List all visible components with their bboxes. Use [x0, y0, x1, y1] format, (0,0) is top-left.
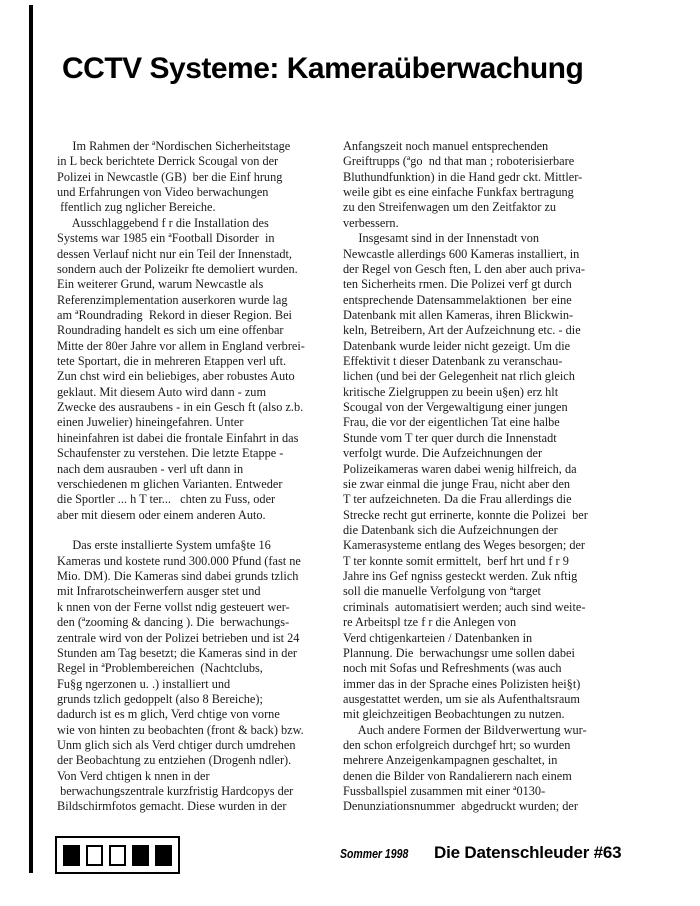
registration-marks-box [55, 836, 180, 874]
registration-mark-filled [155, 845, 172, 866]
text-line: Ausschlaggebend f r die Installation des [57, 216, 347, 231]
text-line: Ein weiterer Grund, warum Newcastle als [57, 277, 347, 292]
text-line: verfolgt wurde. Die Aufzeichnungen der [343, 446, 633, 461]
text-line: Bluthundfunktion) in die Hand gedr ckt. … [343, 170, 633, 185]
text-line: berwachungszentrale kurzfristig Hardcopy… [57, 784, 347, 799]
text-line: ffentlich zug nglicher Bereiche. [57, 200, 347, 215]
text-line: Zun chst wird ein beliebiges, aber robus… [57, 369, 347, 384]
text-line: der Regel von Gesch ften, L den aber auc… [343, 262, 633, 277]
text-line: verbessern. [343, 216, 633, 231]
text-line: zu den Streifenwagen um den Zeitfaktor z… [343, 200, 633, 215]
text-line: die Datenbank sich die Aufzeichnungen de… [343, 523, 633, 538]
text-line: in L beck berichtete Derrick Scougal von… [57, 154, 347, 169]
text-line: den schon erfolgreich durchgef hrt; so w… [343, 738, 633, 753]
article-column-left: Im Rahmen der ªNordischen Sicherheitstag… [57, 139, 347, 815]
text-line: verschiedenen m glichen Varianten. Entwe… [57, 477, 347, 492]
text-line: grunds tzlich gedoppelt (also 8 Bereiche… [57, 692, 347, 707]
text-line: criminals automatisiert werden; auch sin… [343, 600, 633, 615]
text-line: Systems war 1985 ein ªFootball Disorder … [57, 231, 347, 246]
text-line: mit Infrarotscheinwerfern ausger stet un… [57, 584, 347, 599]
text-line: Polizei in Newcastle (GB) ber die Einf h… [57, 170, 347, 185]
text-line: Kamerasysteme entlang des Weges besorgen… [343, 538, 633, 553]
text-line: weile gibt es eine einfache Funkfax bert… [343, 185, 633, 200]
text-line: Schaufenster zu verstehen. Die letzte Et… [57, 446, 347, 461]
text-line: Anfangszeit noch manuel entsprechenden [343, 139, 633, 154]
text-line: Strecke recht gut errinerte, konnte die … [343, 508, 633, 523]
article-column-right: Anfangszeit noch manuel entsprechendenGr… [343, 139, 633, 815]
text-line: Newcastle allerdings 600 Kameras install… [343, 247, 633, 262]
text-line: Unm glich sich als Verd chtiger durch um… [57, 738, 347, 753]
text-line: sie zwar einmal die junge Frau, nicht ab… [343, 477, 633, 492]
text-line: dessen Verlauf nicht nur ein Teil der In… [57, 247, 347, 262]
text-line: den (ªzooming & dancing ). Die berwachun… [57, 615, 347, 630]
text-line: zentrale wird von der Polizei betrieben … [57, 631, 347, 646]
text-line: und Erfahrungen von Video berwachungen [57, 185, 347, 200]
text-line: mit gleichzeitigen Beobachtungen zu nutz… [343, 707, 633, 722]
text-line: Scougal von der Vergewaltigung einer jun… [343, 400, 633, 415]
text-line: Greiftrupps (ªgo nd that man ; roboteris… [343, 154, 633, 169]
registration-mark-filled [132, 845, 149, 866]
text-line: Mitte der 80er Jahre vor allem in Englan… [57, 339, 347, 354]
text-line: Stunde vom T ter quer durch die Innensta… [343, 431, 633, 446]
text-line: am ªRoundrading Rekord in dieser Region.… [57, 308, 347, 323]
text-line: Polizeikameras waren dabei wenig hilfrei… [343, 462, 633, 477]
text-line: die Sportler ... h T ter... chten zu Fus… [57, 492, 347, 507]
footer-publication-title: Die Datenschleuder #63 [434, 843, 621, 863]
text-line: re Arbeitspl tze f r die Anlegen von [343, 615, 633, 630]
text-line: immer das in der Sprache eines Poliziste… [343, 677, 633, 692]
text-line: Denunziationsnummer abgedruckt wurden; d… [343, 799, 633, 814]
text-line: Fu§g ngerzonen u. .) installiert und [57, 677, 347, 692]
text-line: geklaut. Mit diesem Auto wird dann - zum [57, 385, 347, 400]
text-line: Regel in ªProblembereichen (Nachtclubs, [57, 661, 347, 676]
text-line: Verd chtigenkarteien / Datenbanken in [343, 631, 633, 646]
footer-issue-date: Sommer 1998 [340, 847, 408, 861]
text-line: entsprechende Datensammelaktionen ber ei… [343, 293, 633, 308]
text-line: kritische Zielgruppen zu beein u§en) erz… [343, 385, 633, 400]
text-line: tete Sportart, die in mehreren Etappen v… [57, 354, 347, 369]
left-edge-mark [29, 5, 33, 873]
text-line: der Beobachtung zu entziehen (Drogenh nd… [57, 753, 347, 768]
registration-mark-filled [63, 845, 80, 866]
text-line: Stunden am Tag besetzt; die Kameras sind… [57, 646, 347, 661]
text-line: T ter aufzeichneten. Da die Frau allerdi… [343, 492, 633, 507]
text-line: Effektivit t dieser Datenbank zu veransc… [343, 354, 633, 369]
text-line: mehrere Anzeigenkampagnen geschaltet, in [343, 753, 633, 768]
text-line: Zwecke des ausraubens - in ein Gesch ft … [57, 400, 347, 415]
text-line: Insgesamt sind in der Innenstadt von [343, 231, 633, 246]
text-line: ten Sicherheits rmen. Die Polizei verf g… [343, 277, 633, 292]
text-line: T ter konnte somit ermittelt, berf hrt u… [343, 554, 633, 569]
text-line: Von Verd chtigen k nnen in der [57, 769, 347, 784]
registration-mark-empty [86, 845, 103, 866]
text-line: Datenbank mit allen Kameras, ihren Blick… [343, 308, 633, 323]
text-line: wie von hinten zu beobachten (front & ba… [57, 723, 347, 738]
page-title: CCTV Systeme: Kameraüberwachung [62, 52, 583, 86]
scanned-page: CCTV Systeme: Kameraüberwachung Im Rahme… [0, 0, 700, 906]
text-line: k nnen von der Ferne vollst ndig gesteue… [57, 600, 347, 615]
text-line: ausgestattet werden, um sie als Aufentha… [343, 692, 633, 707]
text-line: hineinfahren ist dabei die frontale Einf… [57, 431, 347, 446]
text-line: nach dem ausrauben - verl uft dann in [57, 462, 347, 477]
text-line: Roundrading handelt es sich um eine offe… [57, 323, 347, 338]
text-line: Das erste installierte System umfa§te 16 [57, 538, 347, 553]
text-line: keln, Betreibern, Art der Aufzeichnung e… [343, 323, 633, 338]
text-line [57, 523, 347, 538]
text-line: Kameras und kostete rund 300.000 Pfund (… [57, 554, 347, 569]
text-line: Jahre ins Gef ngniss gesteckt werden. Zu… [343, 569, 633, 584]
text-line: Fussballspiel zusammen mit einer ª0130- [343, 784, 633, 799]
text-line: Bildschirmfotos gemacht. Diese wurden in… [57, 799, 347, 814]
text-line: soll die manuelle Verfolgung von ªtarget [343, 584, 633, 599]
text-line: lichen (und bei der Gelegenheit nat rlic… [343, 369, 633, 384]
text-line: noch mit Sofas und Refreshments (was auc… [343, 661, 633, 676]
text-line: sondern auch der Polizeikr fte demoliert… [57, 262, 347, 277]
text-line: Referenzimplementation auserkoren wurde … [57, 293, 347, 308]
text-line: Plannung. Die berwachungsr ume sollen da… [343, 646, 633, 661]
text-line: einen Juwelier) hineingefahren. Unter [57, 415, 347, 430]
text-line: Mio. DM). Die Kameras sind dabei grunds … [57, 569, 347, 584]
registration-mark-empty [109, 845, 126, 866]
text-line: Im Rahmen der ªNordischen Sicherheitstag… [57, 139, 347, 154]
text-line: Frau, die vor der eigentlichen Tat eine … [343, 415, 633, 430]
text-line: aber mit diesem oder einem anderen Auto. [57, 508, 347, 523]
text-line: Auch andere Formen der Bildverwertung wu… [343, 723, 633, 738]
text-line: denen die Bilder von Randalierern nach e… [343, 769, 633, 784]
text-line: Datenbank wurde leider nicht gezeigt. Um… [343, 339, 633, 354]
text-line: dadurch ist es m glich, Verd chtige von … [57, 707, 347, 722]
